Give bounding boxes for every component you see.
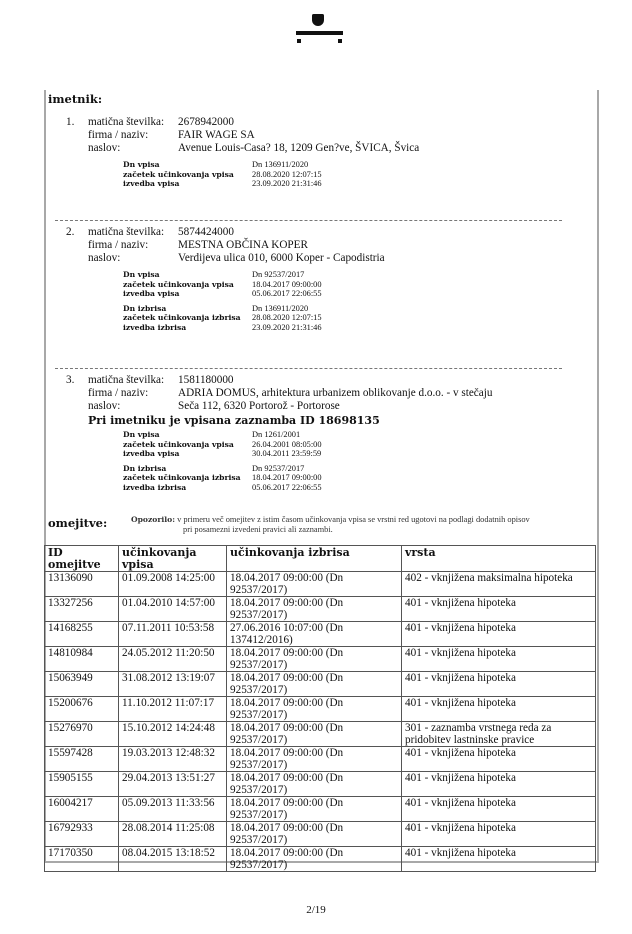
holder-number: 3. — [66, 374, 88, 387]
holder-address-label: naslov: — [88, 400, 178, 413]
restriction-id-cell: 17170350 — [45, 847, 119, 872]
holder-note: Pri imetniku je vpisana zaznamba ID 1869… — [88, 414, 492, 427]
meta-value: 05.06.2017 22:06:55 — [252, 483, 322, 493]
entry-effective-cell: 19.03.2013 12:48:32 — [119, 747, 227, 772]
meta-key: Dn vpisa — [123, 160, 252, 170]
deletion-effective-cell: 18.04.2017 09:00:00 (Dn 92537/2017) — [227, 797, 402, 822]
table-row: 1717035008.04.2015 13:18:5218.04.2017 09… — [45, 847, 596, 872]
type-cell: 401 - vknjižena hipoteka — [402, 822, 596, 847]
type-cell: 401 - vknjižena hipoteka — [402, 772, 596, 797]
restrictions-warning: Opozorilo: v primeru več omejitev z isti… — [131, 515, 593, 535]
holder-id-label: matična številka: — [88, 374, 178, 387]
meta-key: začetek učinkovanja vpisa — [123, 280, 252, 290]
restriction-id-cell: 16792933 — [45, 822, 119, 847]
table-row: 1332725601.04.2010 14:57:0018.04.2017 09… — [45, 597, 596, 622]
table-row: 1527697015.10.2012 14:24:4818.04.2017 09… — [45, 722, 596, 747]
holder-address: Seča 112, 6320 Portorož - Portorose — [178, 400, 340, 413]
holder-3: 3.matična številka:1581180000 firma / na… — [66, 374, 492, 427]
meta-value: 18.04.2017 09:00:00 — [252, 473, 322, 483]
holder-address: Verdijeva ulica 010, 6000 Koper - Capodi… — [178, 252, 385, 265]
type-cell: 401 - vknjižena hipoteka — [402, 622, 596, 647]
shield-icon — [312, 14, 324, 26]
holder-number: 1. — [66, 116, 88, 129]
meta-key: Dn izbrisa — [123, 304, 252, 314]
column-header: vrsta — [402, 546, 596, 572]
deletion-effective-cell: 18.04.2017 09:00:00 (Dn 92537/2017) — [227, 572, 402, 597]
holder-1-entry-meta: Dn vpisaDn 136911/2020 začetek učinkovan… — [123, 160, 322, 189]
restriction-id-cell: 13136090 — [45, 572, 119, 597]
holder-1: 1.matična številka:2678942000 firma / na… — [66, 116, 419, 155]
emblem-dot-right — [338, 39, 342, 43]
column-header: učinkovanja vpisa — [119, 546, 227, 572]
deletion-effective-cell: 18.04.2017 09:00:00 (Dn 92537/2017) — [227, 822, 402, 847]
meta-key: izvedba izbrisa — [123, 323, 252, 333]
holder-divider — [55, 220, 562, 221]
holder-id-label: matična številka: — [88, 226, 178, 239]
table-row: 1679293328.08.2014 11:25:0818.04.2017 09… — [45, 822, 596, 847]
deletion-effective-cell: 18.04.2017 09:00:00 (Dn 92537/2017) — [227, 747, 402, 772]
meta-value: 28.08.2020 12:07:15 — [252, 170, 322, 180]
document-page: imetnik: 1.matična številka:2678942000 f… — [0, 0, 632, 934]
meta-key: začetek učinkovanja izbrisa — [123, 313, 252, 323]
holder-address: Avenue Louis-Casa? 18, 1209 Gen?ve, ŠVIC… — [178, 142, 419, 155]
warning-text: v primeru več omejitev z istim časom uči… — [177, 515, 530, 524]
coat-of-arms-emblem-icon — [296, 14, 344, 46]
holder-id: 5874424000 — [178, 226, 234, 239]
holder-number: 2. — [66, 226, 88, 239]
warning-text-continued: pri posamezni izvedeni pravici ali zazna… — [131, 525, 593, 535]
meta-key: izvedba vpisa — [123, 289, 252, 299]
table-row: 1313609001.09.2008 14:25:0018.04.2017 09… — [45, 572, 596, 597]
holder-address-label: naslov: — [88, 142, 178, 155]
meta-value: 23.09.2020 21:31:46 — [252, 323, 322, 333]
table-row: 1506394931.08.2012 13:19:0718.04.2017 09… — [45, 672, 596, 697]
meta-key: Dn izbrisa — [123, 464, 252, 474]
holder-id-label: matična številka: — [88, 116, 178, 129]
restriction-id-cell: 15597428 — [45, 747, 119, 772]
holder-id: 1581180000 — [178, 374, 234, 387]
holder-2: 2.matična številka:5874424000 firma / na… — [66, 226, 385, 265]
type-cell: 401 - vknjižena hipoteka — [402, 672, 596, 697]
holders-section-title: imetnik: — [48, 92, 102, 106]
deletion-effective-cell: 27.06.2016 10:07:00 (Dn 137412/2016) — [227, 622, 402, 647]
entry-effective-cell: 07.11.2011 10:53:58 — [119, 622, 227, 647]
meta-key: izvedba izbrisa — [123, 483, 252, 493]
meta-key: Dn vpisa — [123, 270, 252, 280]
restriction-id-cell: 16004217 — [45, 797, 119, 822]
type-cell: 401 - vknjižena hipoteka — [402, 697, 596, 722]
type-cell: 401 - vknjižena hipoteka — [402, 847, 596, 872]
type-cell: 402 - vknjižena maksimalna hipoteka — [402, 572, 596, 597]
restriction-id-cell: 14810984 — [45, 647, 119, 672]
deletion-effective-cell: 18.04.2017 09:00:00 (Dn 92537/2017) — [227, 722, 402, 747]
page-number: 2/19 — [0, 904, 632, 916]
entry-effective-cell: 29.04.2013 13:51:27 — [119, 772, 227, 797]
deletion-effective-cell: 18.04.2017 09:00:00 (Dn 92537/2017) — [227, 847, 402, 872]
holder-2-entry-meta: Dn vpisaDn 92537/2017 začetek učinkovanj… — [123, 270, 322, 333]
holder-name: ADRIA DOMUS, arhitektura urbanizem oblik… — [178, 387, 492, 400]
entry-effective-cell: 24.05.2012 11:20:50 — [119, 647, 227, 672]
restrictions-table: ID omejitve učinkovanja vpisa učinkovanj… — [44, 545, 596, 872]
table-row: 1590515529.04.2013 13:51:2718.04.2017 09… — [45, 772, 596, 797]
restriction-id-cell: 15063949 — [45, 672, 119, 697]
meta-key: začetek učinkovanja izbrisa — [123, 473, 252, 483]
meta-key: izvedba vpisa — [123, 179, 252, 189]
holder-name-label: firma / naziv: — [88, 239, 178, 252]
entry-effective-cell: 15.10.2012 14:24:48 — [119, 722, 227, 747]
meta-value: Dn 136911/2020 — [252, 160, 308, 170]
entry-effective-cell: 31.08.2012 13:19:07 — [119, 672, 227, 697]
holder-name: FAIR WAGE SA — [178, 129, 255, 142]
entry-effective-cell: 05.09.2013 11:33:56 — [119, 797, 227, 822]
holder-3-entry-meta: Dn vpisaDn 1261/2001 začetek učinkovanja… — [123, 430, 322, 493]
meta-key: začetek učinkovanja vpisa — [123, 440, 252, 450]
column-header: učinkovanja izbrisa — [227, 546, 402, 572]
type-cell: 301 - zaznamba vrstnega reda za pridobit… — [402, 722, 596, 747]
warning-label: Opozorilo: — [131, 515, 175, 524]
deletion-effective-cell: 18.04.2017 09:00:00 (Dn 92537/2017) — [227, 772, 402, 797]
table-row: 1559742819.03.2013 12:48:3218.04.2017 09… — [45, 747, 596, 772]
meta-value: 28.08.2020 12:07:15 — [252, 313, 322, 323]
meta-value: 30.04.2011 23:59:59 — [252, 449, 321, 459]
table-row: 1416825507.11.2011 10:53:5827.06.2016 10… — [45, 622, 596, 647]
meta-value: 26.04.2001 08:05:00 — [252, 440, 322, 450]
restriction-id-cell: 14168255 — [45, 622, 119, 647]
meta-value: 23.09.2020 21:31:46 — [252, 179, 322, 189]
meta-value: Dn 1261/2001 — [252, 430, 300, 440]
meta-value: 05.06.2017 22:06:55 — [252, 289, 322, 299]
deletion-effective-cell: 18.04.2017 09:00:00 (Dn 92537/2017) — [227, 672, 402, 697]
meta-value: Dn 92537/2017 — [252, 270, 304, 280]
type-cell: 401 - vknjižena hipoteka — [402, 597, 596, 622]
restriction-id-cell: 15200676 — [45, 697, 119, 722]
holder-name-label: firma / naziv: — [88, 387, 178, 400]
holder-id: 2678942000 — [178, 116, 234, 129]
meta-value: Dn 92537/2017 — [252, 464, 304, 474]
entry-effective-cell: 01.09.2008 14:25:00 — [119, 572, 227, 597]
meta-key: Dn vpisa — [123, 430, 252, 440]
table-row: 1600421705.09.2013 11:33:5618.04.2017 09… — [45, 797, 596, 822]
holder-address-label: naslov: — [88, 252, 178, 265]
meta-key: izvedba vpisa — [123, 449, 252, 459]
restriction-id-cell: 13327256 — [45, 597, 119, 622]
emblem-dot-left — [297, 39, 301, 43]
holder-name-label: firma / naziv: — [88, 129, 178, 142]
column-header: ID omejitve — [45, 546, 119, 572]
deletion-effective-cell: 18.04.2017 09:00:00 (Dn 92537/2017) — [227, 597, 402, 622]
meta-key: začetek učinkovanja vpisa — [123, 170, 252, 180]
table-row: 1520067611.10.2012 11:07:1718.04.2017 09… — [45, 697, 596, 722]
restriction-id-cell: 15276970 — [45, 722, 119, 747]
meta-value: Dn 136911/2020 — [252, 304, 308, 314]
type-cell: 401 - vknjižena hipoteka — [402, 797, 596, 822]
type-cell: 401 - vknjižena hipoteka — [402, 647, 596, 672]
holder-divider — [55, 368, 562, 369]
table-header-row: ID omejitve učinkovanja vpisa učinkovanj… — [45, 546, 596, 572]
type-cell: 401 - vknjižena hipoteka — [402, 747, 596, 772]
restriction-id-cell: 15905155 — [45, 772, 119, 797]
entry-effective-cell: 28.08.2014 11:25:08 — [119, 822, 227, 847]
meta-value: 18.04.2017 09:00:00 — [252, 280, 322, 290]
table-row: 1481098424.05.2012 11:20:5018.04.2017 09… — [45, 647, 596, 672]
restrictions-section-title: omejitve: — [48, 516, 107, 530]
entry-effective-cell: 01.04.2010 14:57:00 — [119, 597, 227, 622]
holder-name: MESTNA OBČINA KOPER — [178, 239, 308, 252]
entry-effective-cell: 11.10.2012 11:07:17 — [119, 697, 227, 722]
entry-effective-cell: 08.04.2015 13:18:52 — [119, 847, 227, 872]
deletion-effective-cell: 18.04.2017 09:00:00 (Dn 92537/2017) — [227, 697, 402, 722]
emblem-bar — [296, 31, 343, 35]
deletion-effective-cell: 18.04.2017 09:00:00 (Dn 92537/2017) — [227, 647, 402, 672]
